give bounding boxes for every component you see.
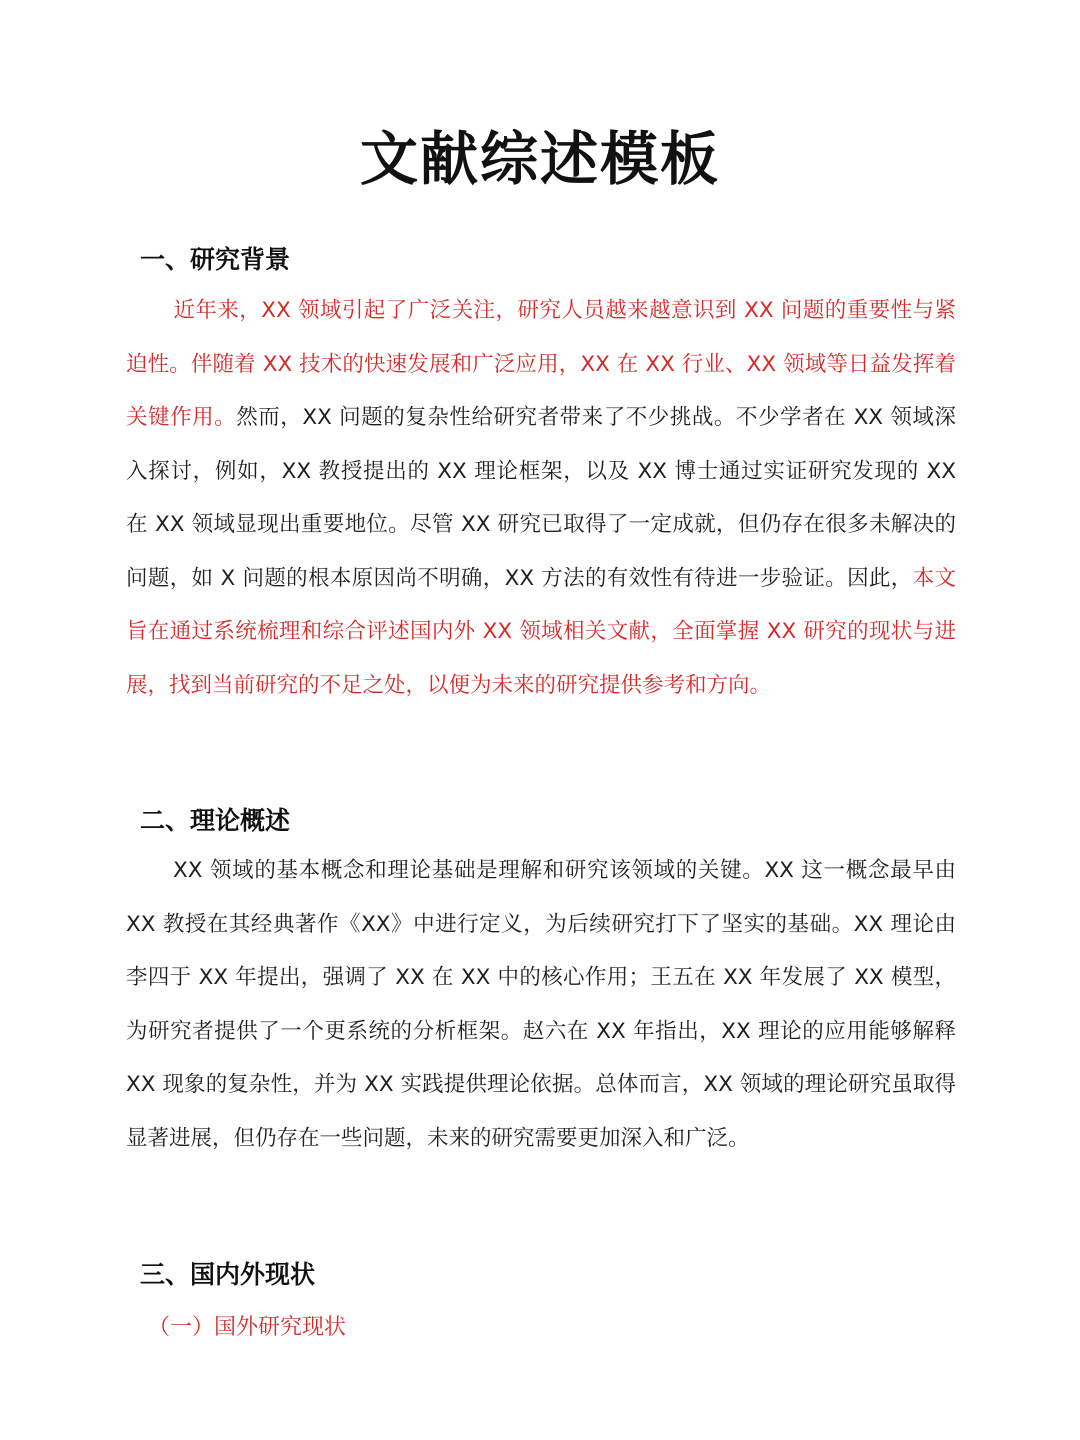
theory-body-text: XX 领域的基本概念和理论基础是理解和研究该领域的关键。XX 这一概念最早由 X… xyxy=(126,858,956,1151)
background-body-text: 然而，XX 问题的复杂性给研究者带来了不少挑战。不少学者在 XX 领域深入探讨，… xyxy=(126,405,956,591)
section-heading-background: 一、研究背景 xyxy=(140,240,290,276)
background-paragraph: 近年来，XX 领域引起了广泛关注，研究人员越来越意识到 XX 问题的重要性与紧迫… xyxy=(126,284,956,712)
theory-paragraph: XX 领域的基本概念和理论基础是理解和研究该领域的关键。XX 这一概念最早由 X… xyxy=(126,844,956,1165)
subsection-heading-foreign: （一）国外研究现状 xyxy=(148,1310,346,1341)
document-title: 文献综述模板 xyxy=(0,112,1080,196)
section-heading-theory: 二、理论概述 xyxy=(140,801,290,837)
section-heading-status: 三、国内外现状 xyxy=(140,1255,315,1291)
